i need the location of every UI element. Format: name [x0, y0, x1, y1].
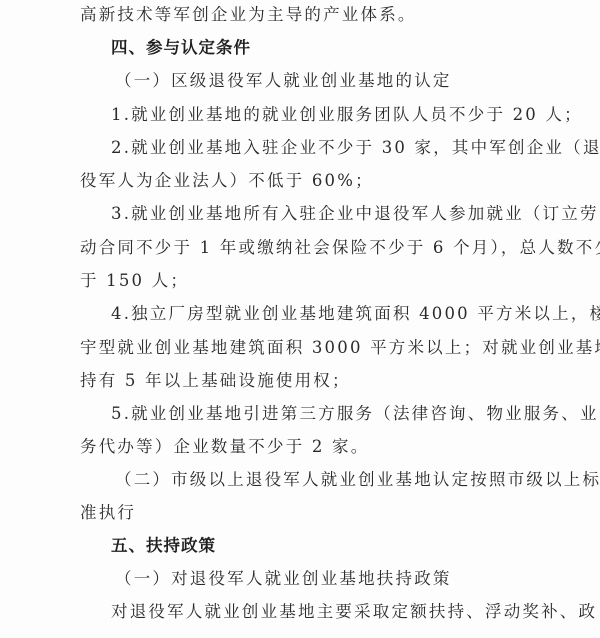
paragraph-line: 务代办等）企业数量不少于 2 家。 [80, 436, 530, 458]
document-page: 高新技术等军创企业为主导的产业体系。 四、参与认定条件 （一）区级退役军人就业创… [0, 0, 600, 638]
paragraph-line: 役军人为企业法人）不低于 60%； [80, 170, 530, 192]
paragraph-line: 高新技术等军创企业为主导的产业体系。 [80, 4, 530, 26]
paragraph-line: 动合同不少于 1 年或缴纳社会保险不少于 6 个月），总人数不少 [80, 237, 530, 259]
subsection-heading: （二）市级以上退役军人就业创业基地认定按照市级以上标 [115, 469, 565, 491]
paragraph-line: 4.独立厂房型就业创业基地建筑面积 4000 平方米以上，楼 [111, 303, 561, 325]
paragraph-line: 于 150 人； [80, 270, 530, 292]
paragraph-line: 对退役军人就业创业基地主要采取定额扶持、浮动奖补、政 [111, 601, 561, 623]
subsection-heading: （一）区级退役军人就业创业基地的认定 [115, 70, 565, 92]
section-heading-five: 五、扶持政策 [111, 535, 561, 557]
paragraph-line: 1.就业创业基地的就业创业服务团队人员不少于 20 人； [111, 104, 561, 126]
paragraph-line: 3.就业创业基地所有入驻企业中退役军人参加就业（订立劳 [111, 203, 561, 225]
paragraph-line: 准执行 [80, 502, 530, 524]
paragraph-line: 宇型就业创业基地建筑面积 3000 平方米以上；对就业创业基地 [80, 337, 530, 359]
section-heading-four: 四、参与认定条件 [111, 37, 561, 59]
paragraph-line: 5.就业创业基地引进第三方服务（法律咨询、物业服务、业 [111, 403, 561, 425]
subsection-heading: （一）对退役军人就业创业基地扶持政策 [115, 568, 565, 590]
paragraph-line: 持有 5 年以上基础设施使用权； [80, 370, 530, 392]
paragraph-line: 2.就业创业基地入驻企业不少于 30 家，其中军创企业（退 [111, 137, 561, 159]
